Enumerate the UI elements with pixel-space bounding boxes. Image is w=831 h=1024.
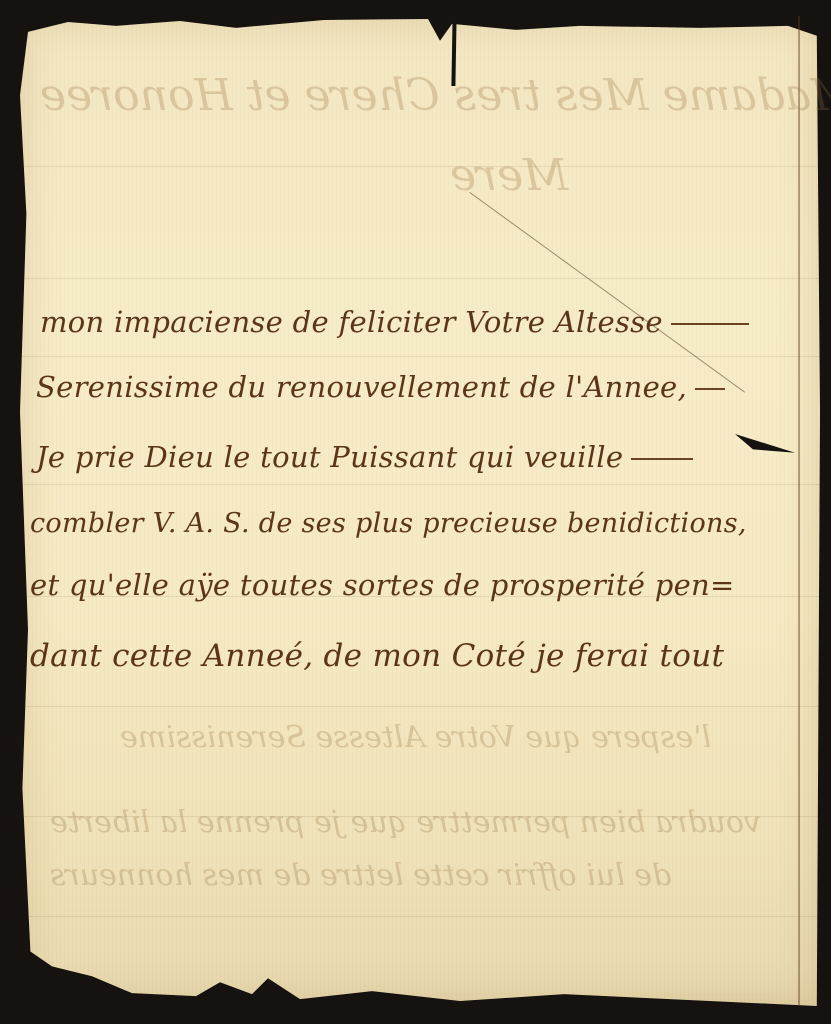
letter-line: Je prie Dieu le tout Puissant qui veuill… (36, 440, 693, 474)
ruled-line (20, 706, 820, 707)
bleed-through-line: voudra bien permettre que je prenne la l… (50, 805, 761, 840)
line-filler-dash (631, 458, 693, 460)
letter-line-text: dant cette Anneé, de mon Coté je ferai t… (30, 638, 724, 674)
letter-line-text: mon impaciense de feliciter Votre Altess… (40, 305, 663, 339)
letter-line: Serenissime du renouvellement de l'Annee… (36, 370, 725, 404)
ruled-line (20, 356, 820, 357)
letter-line-text: et qu'elle aÿe toutes sortes de prosperi… (30, 568, 735, 602)
ruled-line (20, 916, 820, 917)
letter-line: combler V. A. S. de ses plus precieuse b… (30, 508, 747, 539)
page-fold (798, 16, 800, 1006)
bleed-through-line: l'espere que Votre Altesse Serenissime (120, 720, 711, 755)
letter-line-text: Je prie Dieu le tout Puissant qui veuill… (36, 440, 623, 474)
bleed-through-line: Madame Mes tres Chere et Honoree (40, 70, 831, 121)
scan-background: Madame Mes tres Chere et Honoree Mere l'… (0, 0, 831, 1024)
letter-line: mon impaciense de feliciter Votre Altess… (40, 305, 749, 339)
line-filler-dash (695, 388, 725, 390)
letter-line: et qu'elle aÿe toutes sortes de prosperi… (30, 568, 735, 602)
bleed-through-line: de lui offrir cette lettre de mes honneu… (50, 858, 671, 893)
ruled-line (20, 278, 820, 279)
letter-line-text: Serenissime du renouvellement de l'Annee… (36, 370, 687, 404)
letter-line-text: combler V. A. S. de ses plus precieuse b… (30, 508, 747, 539)
letter-line: dant cette Anneé, de mon Coté je ferai t… (30, 638, 724, 674)
line-filler-dash (671, 323, 749, 325)
bleed-through-line: Mere (450, 150, 568, 201)
ruled-line (20, 484, 820, 485)
ruled-line (20, 166, 820, 167)
